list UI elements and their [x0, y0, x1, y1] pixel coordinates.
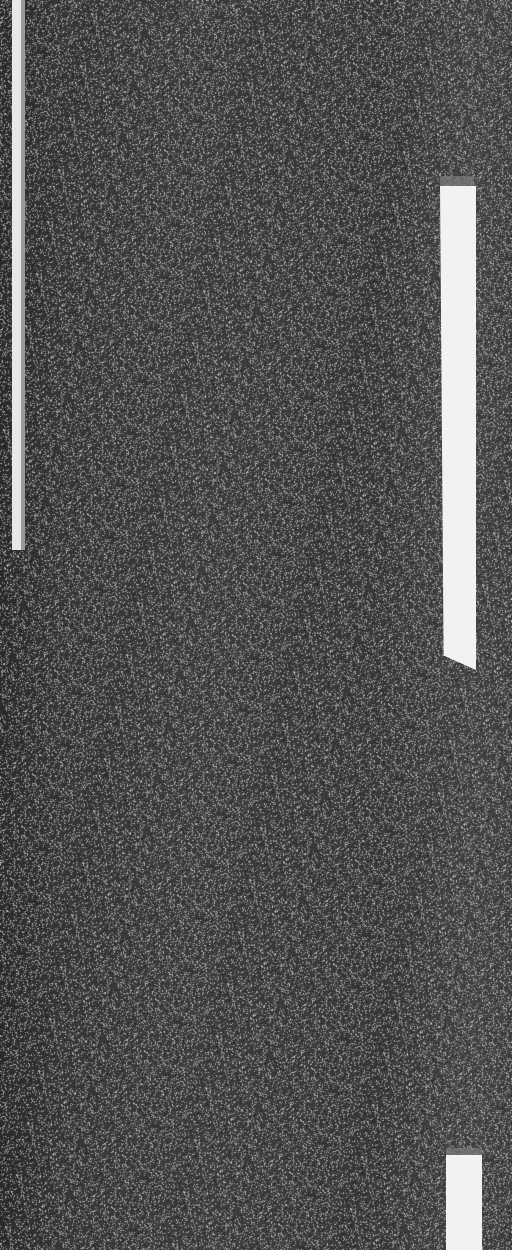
- asphalt-texture: [0, 0, 512, 1250]
- lane-dash-upper: [440, 186, 476, 670]
- dash-worn-end: [440, 176, 474, 186]
- road-surface: Overhead view of asphalt road surface wi…: [0, 0, 512, 1250]
- edge-line: [12, 0, 25, 550]
- lane-dash-lower: [446, 1155, 482, 1250]
